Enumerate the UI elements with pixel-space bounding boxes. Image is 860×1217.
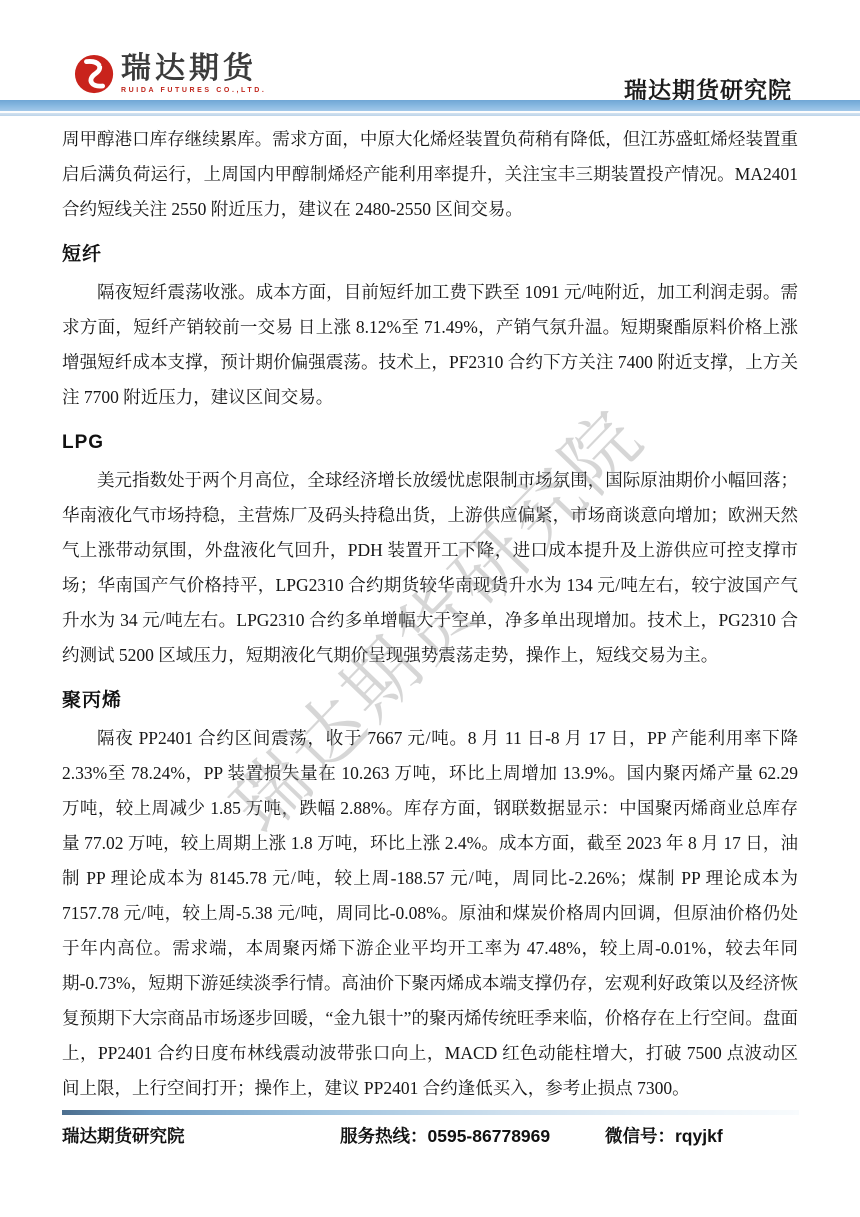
- ruida-logo-icon: [74, 53, 116, 97]
- footer-hotline: 服务热线：0595-86778969: [340, 1123, 550, 1148]
- footer-wechat-label: 微信号：: [605, 1126, 675, 1146]
- brand-name-en: RUIDA FUTURES CO.,LTD.: [121, 87, 266, 94]
- header-bar-main: [0, 100, 860, 111]
- section-paragraph-polypropylene: 隔夜 PP2401 合约区间震荡，收于 7667 元/吨。8 月 11 日-8 …: [62, 721, 798, 1106]
- footer-divider: [62, 1110, 799, 1115]
- section-paragraph-lpg: 美元指数处于两个月高位，全球经济增长放缓忧虑限制市场氛围，国际原油期价小幅回落；…: [62, 463, 798, 673]
- footer-row: 瑞达期货研究院 服务热线：0595-86778969 微信号：rqyjkf: [62, 1123, 799, 1149]
- footer-wechat-id: rqyjkf: [675, 1126, 723, 1146]
- brand-logo: 瑞达期货 RUIDA FUTURES CO.,LTD.: [74, 53, 266, 97]
- section-heading-lpg: LPG: [62, 429, 798, 457]
- footer-hotline-label: 服务热线：: [340, 1126, 428, 1146]
- brand-name-cn: 瑞达期货: [121, 53, 266, 85]
- footer-hotline-number: 0595-86778969: [428, 1126, 551, 1146]
- header-bar-subline: [0, 113, 860, 116]
- header-divider-bar: [0, 100, 860, 116]
- section-paragraph-short-fiber: 隔夜短纤震荡收涨。成本方面，目前短纤加工费下跌至 1091 元/吨附近，加工利润…: [62, 275, 798, 415]
- brand-text: 瑞达期货 RUIDA FUTURES CO.,LTD.: [121, 53, 266, 94]
- section-heading-short-fiber: 短纤: [62, 241, 798, 269]
- intro-paragraph: 周甲醇港口库存继续累库。需求方面，中原大化烯烃装置负荷稍有降低，但江苏盛虹烯烃装…: [62, 122, 798, 227]
- footer-wechat: 微信号：rqyjkf: [605, 1123, 723, 1148]
- document-page: 瑞达期货 RUIDA FUTURES CO.,LTD. 瑞达期货研究院 瑞达期货…: [0, 0, 860, 1217]
- section-heading-polypropylene: 聚丙烯: [62, 687, 798, 715]
- footer-institute: 瑞达期货研究院: [62, 1123, 185, 1148]
- report-body: 周甲醇港口库存继续累库。需求方面，中原大化烯烃装置负荷稍有降低，但江苏盛虹烯烃装…: [62, 122, 798, 1106]
